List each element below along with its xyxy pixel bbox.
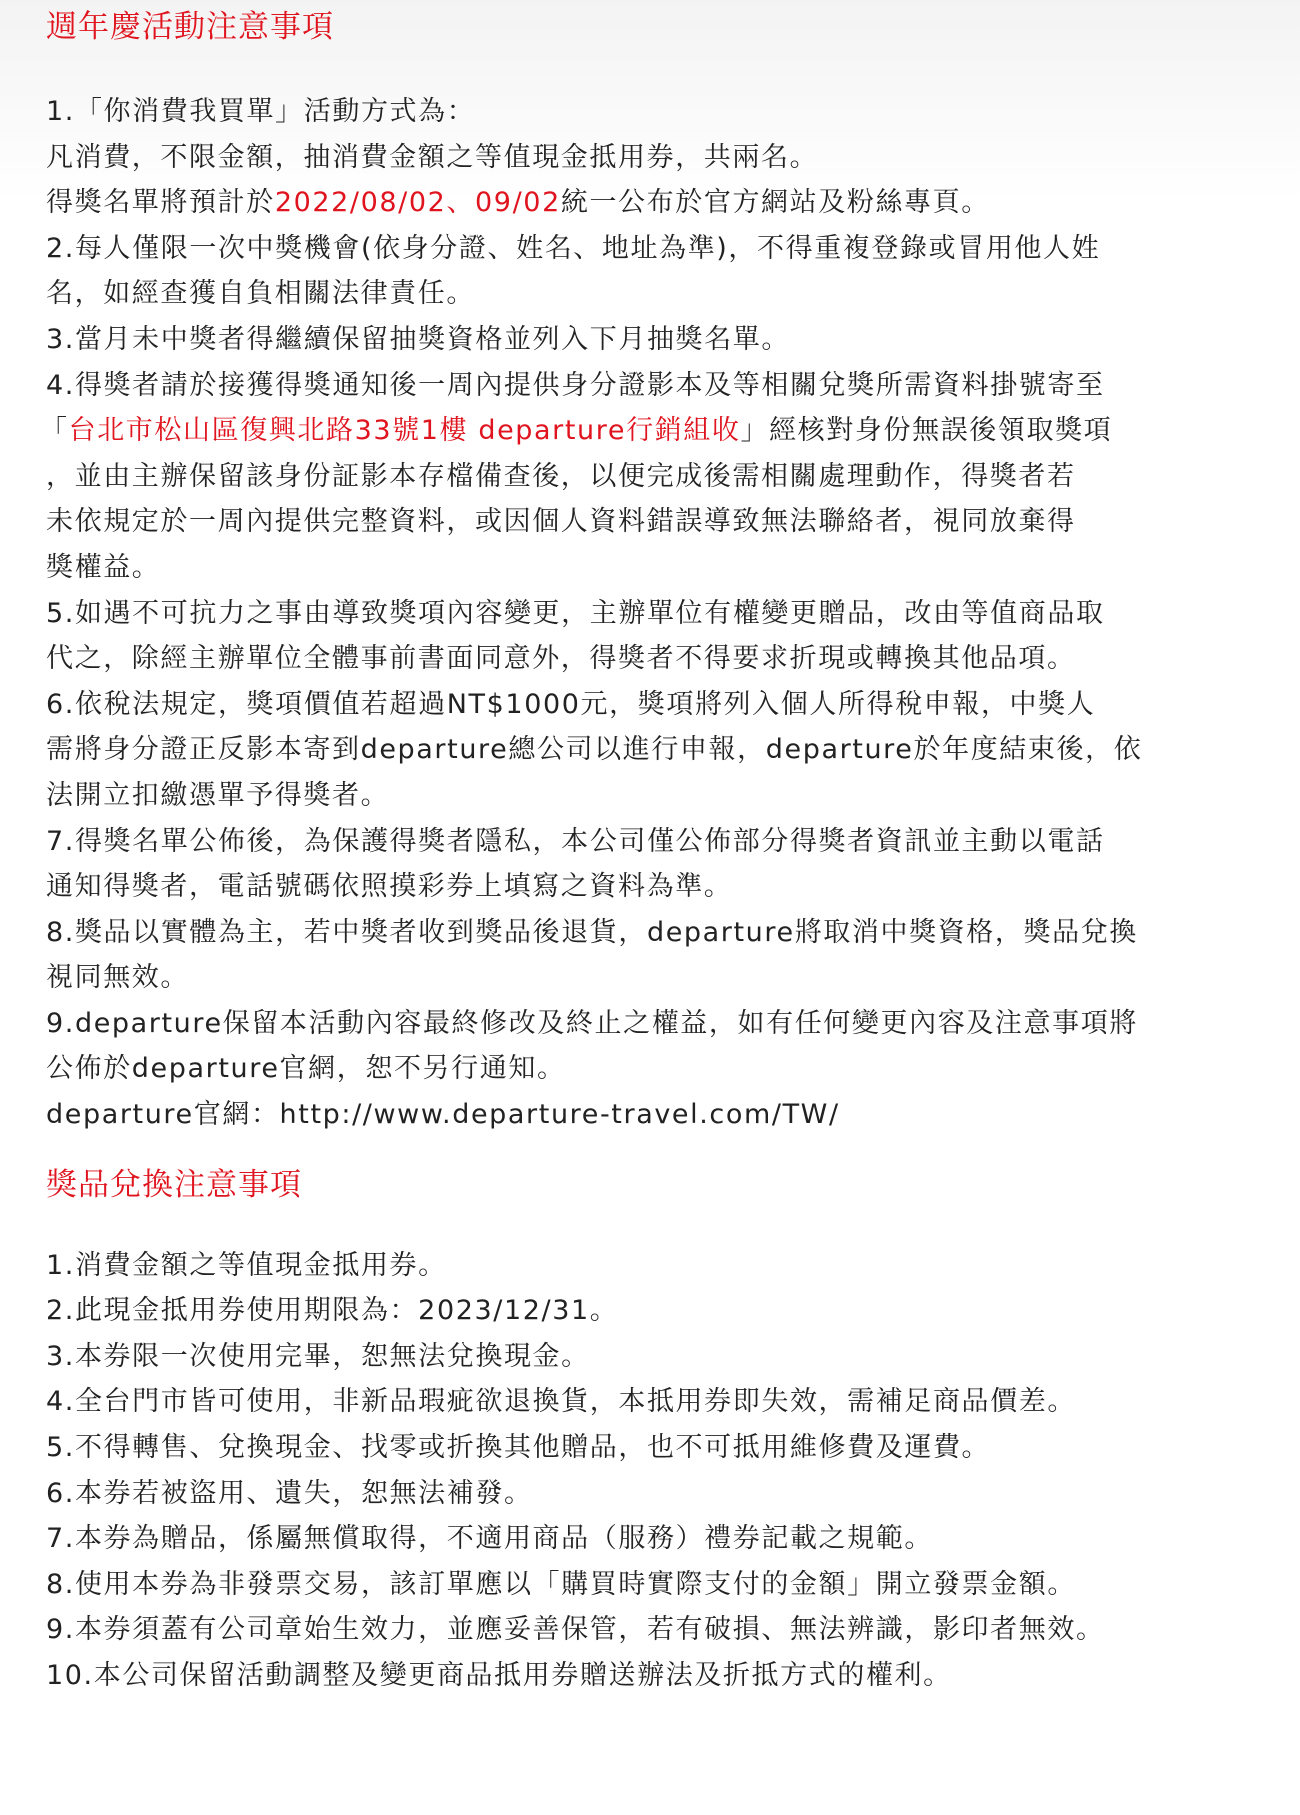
notice-line: 視同無效。	[46, 955, 1270, 1001]
document-page: 週年慶活動注意事項 1.「你消費我買單」活動方式為： 凡消費，不限金額，抽消費金…	[0, 0, 1300, 1699]
line-text: 視同無效。	[46, 962, 189, 993]
line-text: 5.如遇不可抗力之事由導致獎項內容變更，主辦單位有權變更贈品，改由等值商品取	[46, 598, 1105, 629]
line-text: 4.得獎者請於接獲得獎通知後一周內提供身分證影本及等相關兌獎所需資料掛號寄至	[46, 370, 1105, 401]
official-website-text: departure官網：http://www.departure-travel.…	[46, 1099, 840, 1130]
redemption-line: 1.消費金額之等值現金抵用券。	[46, 1243, 1270, 1289]
line-text: 8.獎品以實體為主，若中獎者收到獎品後退貨，departure將取消中獎資格，獎…	[46, 917, 1138, 948]
notice-line: 獎權益。	[46, 545, 1270, 591]
line-text: 2.此現金抵用券使用期限為：2023/12/31。	[46, 1295, 618, 1326]
notice-line: 1.「你消費我買單」活動方式為：	[46, 89, 1270, 135]
notice-line: 公佈於departure官網，恕不另行通知。	[46, 1046, 1270, 1092]
line-text: 9.departure保留本活動內容最終修改及終止之權益，如有任何變更內容及注意…	[46, 1008, 1138, 1039]
line-text: 」經核對身份無誤後領取獎項	[740, 415, 1112, 446]
notice-line: 「台北市松山區復興北路33號1樓 departure行銷組收」經核對身份無誤後領…	[40, 408, 1270, 454]
line-text: 3.本券限一次使用完畢，恕無法兌換現金。	[46, 1341, 590, 1372]
section-title-anniversary-notice: 週年慶活動注意事項	[46, 0, 1270, 47]
announcement-dates: 2022/08/02、09/02	[275, 187, 561, 218]
line-text: 7.本券為贈品，係屬無償取得，不適用商品（服務）禮券記載之規範。	[46, 1523, 933, 1554]
notice-line: ，並由主辦保留該身份証影本存檔備查後，以便完成後需相關處理動作，得獎者若	[46, 454, 1270, 500]
line-text: 2.每人僅限一次中獎機會(依身分證、姓名、地址為準)，不得重複登錄或冒用他人姓	[46, 233, 1100, 264]
line-text: 獎權益。	[46, 552, 160, 583]
mailing-address: 台北市松山區復興北路33號1樓 departure行銷組收	[69, 415, 741, 446]
line-text: 9.本券須蓋有公司章始生效力，並應妥善保管，若有破損、無法辨識，影印者無效。	[46, 1614, 1105, 1645]
notice-line: 7.得獎名單公佈後，為保護得獎者隱私，本公司僅公佈部分得獎者資訊並主動以電話	[46, 819, 1270, 865]
notice-line: 代之，除經主辦單位全體事前書面同意外，得獎者不得要求折現或轉換其他品項。	[46, 636, 1270, 682]
line-text: ，並由主辦保留該身份証影本存檔備查後，以便完成後需相關處理動作，得獎者若	[46, 461, 1076, 492]
line-text: 得獎名單將預計於	[46, 187, 275, 218]
line-text: 統一公布於官方網站及粉絲專頁。	[561, 187, 990, 218]
notice-line: 法開立扣繳憑單予得獎者。	[46, 773, 1270, 819]
redemption-line: 10.本公司保留活動調整及變更商品抵用券贈送辦法及折抵方式的權利。	[46, 1653, 1270, 1699]
line-text: 凡消費，不限金額，抽消費金額之等值現金抵用券，共兩名。	[46, 142, 818, 173]
section-title-prize-redemption: 獎品兌換注意事項	[46, 1165, 1270, 1205]
line-text: 5.不得轉售、兌換現金、找零或折換其他贈品，也不可抵用維修費及運費。	[46, 1432, 990, 1463]
notice-line: 凡消費，不限金額，抽消費金額之等值現金抵用券，共兩名。	[46, 135, 1270, 181]
notice-line: 需將身分證正反影本寄到departure總公司以進行申報，departure於年…	[46, 727, 1270, 773]
line-text: 3.當月未中獎者得繼續保留抽獎資格並列入下月抽獎名單。	[46, 324, 790, 355]
line-text: 1.「你消費我買單」活動方式為：	[46, 96, 475, 127]
line-text: 通知得獎者，電話號碼依照摸彩券上填寫之資料為準。	[46, 871, 732, 902]
redemption-line: 5.不得轉售、兌換現金、找零或折換其他贈品，也不可抵用維修費及運費。	[46, 1425, 1270, 1471]
line-text: 「	[40, 415, 69, 446]
line-text: 代之，除經主辦單位全體事前書面同意外，得獎者不得要求折現或轉換其他品項。	[46, 643, 1076, 674]
notice-line: 8.獎品以實體為主，若中獎者收到獎品後退貨，departure將取消中獎資格，獎…	[46, 910, 1270, 956]
line-text: 8.使用本券為非發票交易，該訂單應以「購買時實際支付的金額」開立發票金額。	[46, 1569, 1076, 1600]
redemption-line: 2.此現金抵用券使用期限為：2023/12/31。	[46, 1288, 1270, 1334]
notice-line: 4.得獎者請於接獲得獎通知後一周內提供身分證影本及等相關兌獎所需資料掛號寄至	[46, 363, 1270, 409]
notice-line: 6.依稅法規定，獎項價值若超過NT$1000元，獎項將列入個人所得稅申報，中獎人	[46, 682, 1270, 728]
line-text: 6.依稅法規定，獎項價值若超過NT$1000元，獎項將列入個人所得稅申報，中獎人	[46, 689, 1095, 720]
redemption-line: 3.本券限一次使用完畢，恕無法兌換現金。	[46, 1334, 1270, 1380]
line-text: 名，如經查獲自負相關法律責任。	[46, 278, 475, 309]
line-text: 法開立扣繳憑單予得獎者。	[46, 780, 389, 811]
line-text: 10.本公司保留活動調整及變更商品抵用券贈送辦法及折抵方式的權利。	[46, 1660, 952, 1691]
line-text: 未依規定於一周內提供完整資料，或因個人資料錯誤導致無法聯絡者，視同放棄得	[46, 506, 1076, 537]
notice-line: 3.當月未中獎者得繼續保留抽獎資格並列入下月抽獎名單。	[46, 317, 1270, 363]
line-text: 7.得獎名單公佈後，為保護得獎者隱私，本公司僅公佈部分得獎者資訊並主動以電話	[46, 826, 1105, 857]
redemption-line: 9.本券須蓋有公司章始生效力，並應妥善保管，若有破損、無法辨識，影印者無效。	[46, 1607, 1270, 1653]
notice-line: 5.如遇不可抗力之事由導致獎項內容變更，主辦單位有權變更贈品，改由等值商品取	[46, 591, 1270, 637]
notice-line: 通知得獎者，電話號碼依照摸彩券上填寫之資料為準。	[46, 864, 1270, 910]
notice-line: 9.departure保留本活動內容最終修改及終止之權益，如有任何變更內容及注意…	[46, 1001, 1270, 1047]
prize-redemption-body: 1.消費金額之等值現金抵用券。 2.此現金抵用券使用期限為：2023/12/31…	[46, 1243, 1270, 1699]
redemption-line: 8.使用本券為非發票交易，該訂單應以「購買時實際支付的金額」開立發票金額。	[46, 1562, 1270, 1608]
line-text: 需將身分證正反影本寄到departure總公司以進行申報，departure於年…	[46, 734, 1142, 765]
official-website-line: departure官網：http://www.departure-travel.…	[46, 1092, 1270, 1138]
redemption-line: 7.本券為贈品，係屬無償取得，不適用商品（服務）禮券記載之規範。	[46, 1516, 1270, 1562]
notice-line: 名，如經查獲自負相關法律責任。	[46, 271, 1270, 317]
line-text: 1.消費金額之等值現金抵用券。	[46, 1250, 447, 1281]
line-text: 6.本券若被盜用、遺失，恕無法補發。	[46, 1478, 533, 1509]
redemption-line: 4.全台門市皆可使用，非新品瑕疵欲退換貨，本抵用券即失效，需補足商品價差。	[46, 1379, 1270, 1425]
notice-line: 未依規定於一周內提供完整資料，或因個人資料錯誤導致無法聯絡者，視同放棄得	[46, 499, 1270, 545]
line-text: 4.全台門市皆可使用，非新品瑕疵欲退換貨，本抵用券即失效，需補足商品價差。	[46, 1386, 1076, 1417]
line-text: 公佈於departure官網，恕不另行通知。	[46, 1053, 566, 1084]
notice-line: 2.每人僅限一次中獎機會(依身分證、姓名、地址為準)，不得重複登錄或冒用他人姓	[46, 226, 1270, 272]
redemption-line: 6.本券若被盜用、遺失，恕無法補發。	[46, 1471, 1270, 1517]
notice-line: 得獎名單將預計於2022/08/02、09/02統一公布於官方網站及粉絲專頁。	[46, 180, 1270, 226]
anniversary-notice-body: 1.「你消費我買單」活動方式為： 凡消費，不限金額，抽消費金額之等值現金抵用券，…	[46, 89, 1270, 1138]
